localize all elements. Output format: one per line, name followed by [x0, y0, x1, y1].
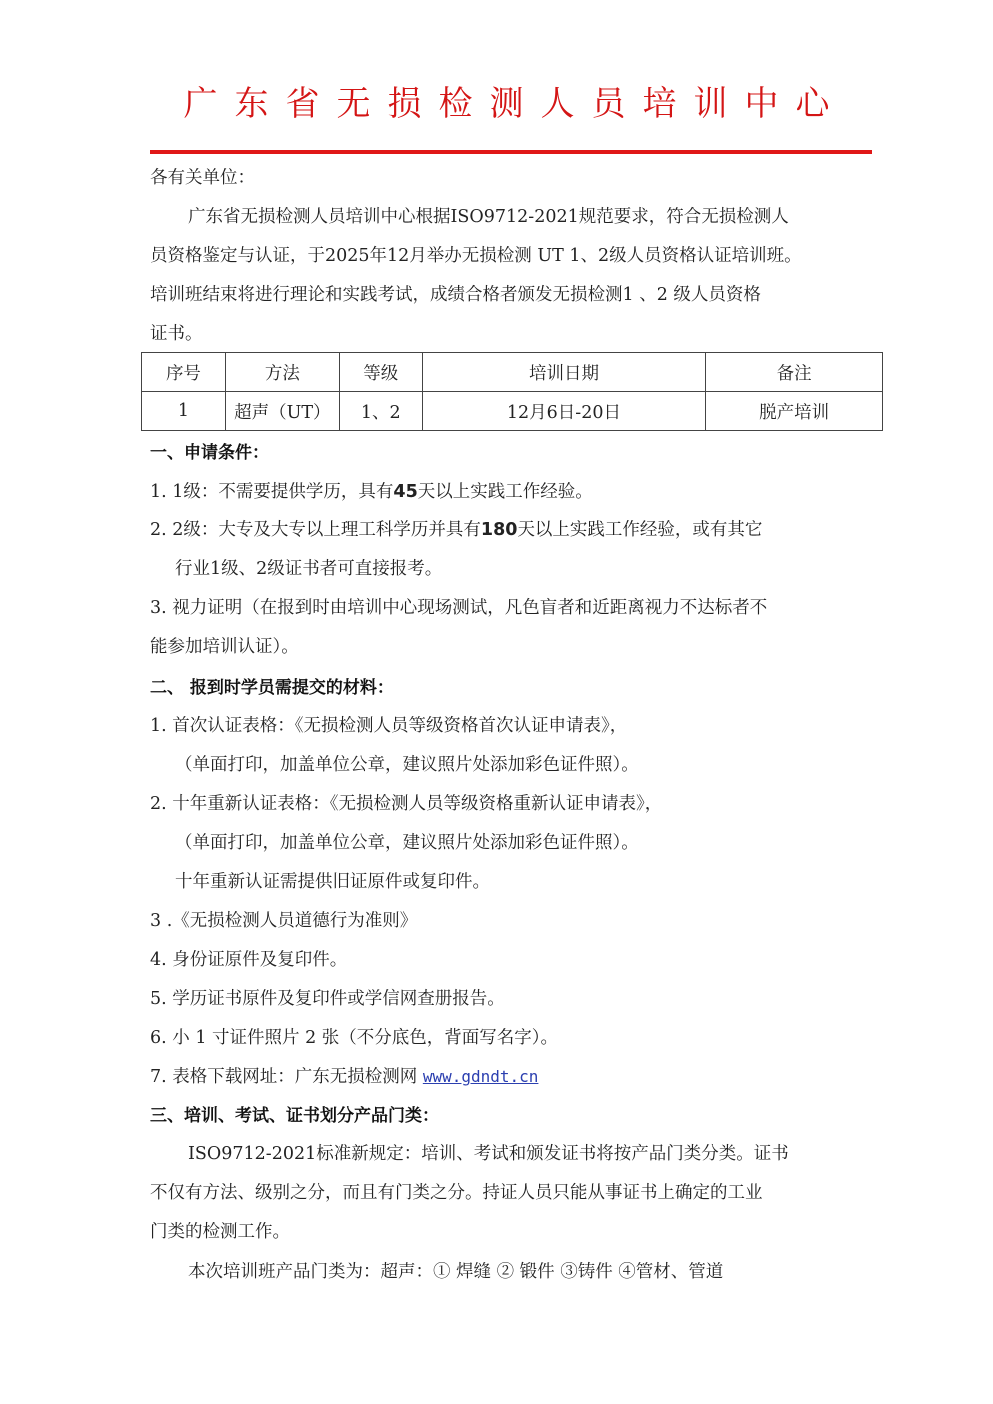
section-2-item-1: 1. 首次认证表格：《无损检测人员等级资格首次认证申请表》，	[150, 714, 627, 738]
section-1-item-2: 2. 2级：大专及大专以上理工科学历并具有180天以上实践工作经验，或有其它	[150, 518, 762, 542]
cell-serial: 1	[142, 392, 226, 431]
section-1-item-3: 3. 视力证明（在报到时由培训中心现场测试，凡色盲者和近距离视力不达标者不	[150, 596, 767, 620]
cell-training-date: 12月6日-20日	[422, 392, 706, 431]
section-1-heading: 一、申请条件：	[150, 441, 269, 465]
section-2-item-2-cont: （单面打印，加盖单位公章，建议照片处添加彩色证件照）。	[175, 831, 639, 855]
section-2-item-6: 6. 小 1 寸证件照片 2 张（不分底色，背面写名字）。	[150, 1026, 558, 1050]
item-text: 2. 2级：大专及大专以上理工科学历并具有	[150, 520, 481, 540]
section-3-heading: 三、培训、考试、证书划分产品门类：	[150, 1104, 439, 1128]
salutation: 各有关单位：	[150, 166, 255, 190]
section-2-item-5: 5. 学历证书原件及复印件或学信网查册报告。	[150, 987, 505, 1011]
intro-line-2: 员资格鉴定与认证，于2025年12月举办无损检测 UT 1、2级人员资格认证培训…	[150, 244, 802, 268]
section-3-categories: 本次培训班产品门类为：超声：① 焊缝 ② 锻件 ③铸件 ④管材、管道	[188, 1260, 723, 1284]
header-method: 方法	[225, 353, 339, 392]
section-3-para-line-1: ISO9712-2021标准新规定：培训、考试和颁发证书将按产品门类分类。证书	[188, 1142, 789, 1166]
cell-level: 1、2	[339, 392, 422, 431]
cell-method: 超声（UT）	[225, 392, 339, 431]
document-title: 广东省无损检测人员培训中心	[150, 76, 880, 125]
item-text: 1. 1级：不需要提供学历，具有	[150, 482, 393, 502]
section-1-item-1: 1. 1级：不需要提供学历，具有45天以上实践工作经验。	[150, 480, 593, 504]
header-serial: 序号	[142, 353, 226, 392]
table-header-row: 序号 方法 等级 培训日期 备注	[142, 353, 883, 392]
section-3-para-line-3: 门类的检测工作。	[150, 1220, 290, 1244]
section-2-item-4: 4. 身份证原件及复印件。	[150, 948, 347, 972]
header-remarks: 备注	[706, 353, 883, 392]
header-training-date: 培训日期	[422, 353, 706, 392]
document-page: 广东省无损检测人员培训中心 各有关单位： 广东省无损检测人员培训中心根据ISO9…	[0, 0, 993, 1404]
section-2-item-2: 2. 十年重新认证表格：《无损检测人员等级资格重新认证申请表》，	[150, 792, 662, 816]
item-days: 45	[393, 482, 417, 502]
section-2-item-7: 7. 表格下载网址：广东无损检测网 www.gdndt.cn	[150, 1065, 538, 1089]
intro-line-3: 培训班结束将进行理论和实践考试，成绩合格者颁发无损检测1 、2 级人员资格	[150, 283, 761, 307]
section-2-item-2-cont2: 十年重新认证需提供旧证原件或复印件。	[175, 870, 490, 894]
download-website-link[interactable]: www.gdndt.cn	[423, 1067, 539, 1086]
intro-line-4: 证书。	[150, 322, 203, 346]
section-1-item-2-cont: 行业1级、2级证书者可直接报考。	[175, 557, 442, 581]
table-row: 1 超声（UT） 1、2 12月6日-20日 脱产培训	[142, 392, 883, 431]
header-level: 等级	[339, 353, 422, 392]
section-2-item-3: 3 .《无损检测人员道德行为准则》	[150, 909, 417, 933]
section-1-item-3-cont: 能参加培训认证）。	[150, 635, 299, 659]
intro-line-1: 广东省无损检测人员培训中心根据ISO9712-2021规范要求，符合无损检测人	[188, 205, 789, 229]
item-days: 180	[481, 520, 518, 540]
item-text: 天以上实践工作经验，或有其它	[517, 520, 762, 540]
item-text: 7. 表格下载网址：广东无损检测网	[150, 1067, 423, 1087]
cell-remarks: 脱产培训	[706, 392, 883, 431]
section-3-para-line-2: 不仅有方法、级别之分，而且有门类之分。持证人员只能从事证书上确定的工业	[150, 1181, 763, 1205]
item-text: 天以上实践工作经验。	[418, 482, 593, 502]
section-2-item-1-cont: （单面打印，加盖单位公章，建议照片处添加彩色证件照）。	[175, 753, 639, 777]
title-divider	[150, 150, 872, 154]
training-schedule-table: 序号 方法 等级 培训日期 备注 1 超声（UT） 1、2 12月6日-20日 …	[141, 352, 883, 431]
section-2-heading: 二、 报到时学员需提交的材料：	[150, 676, 394, 700]
